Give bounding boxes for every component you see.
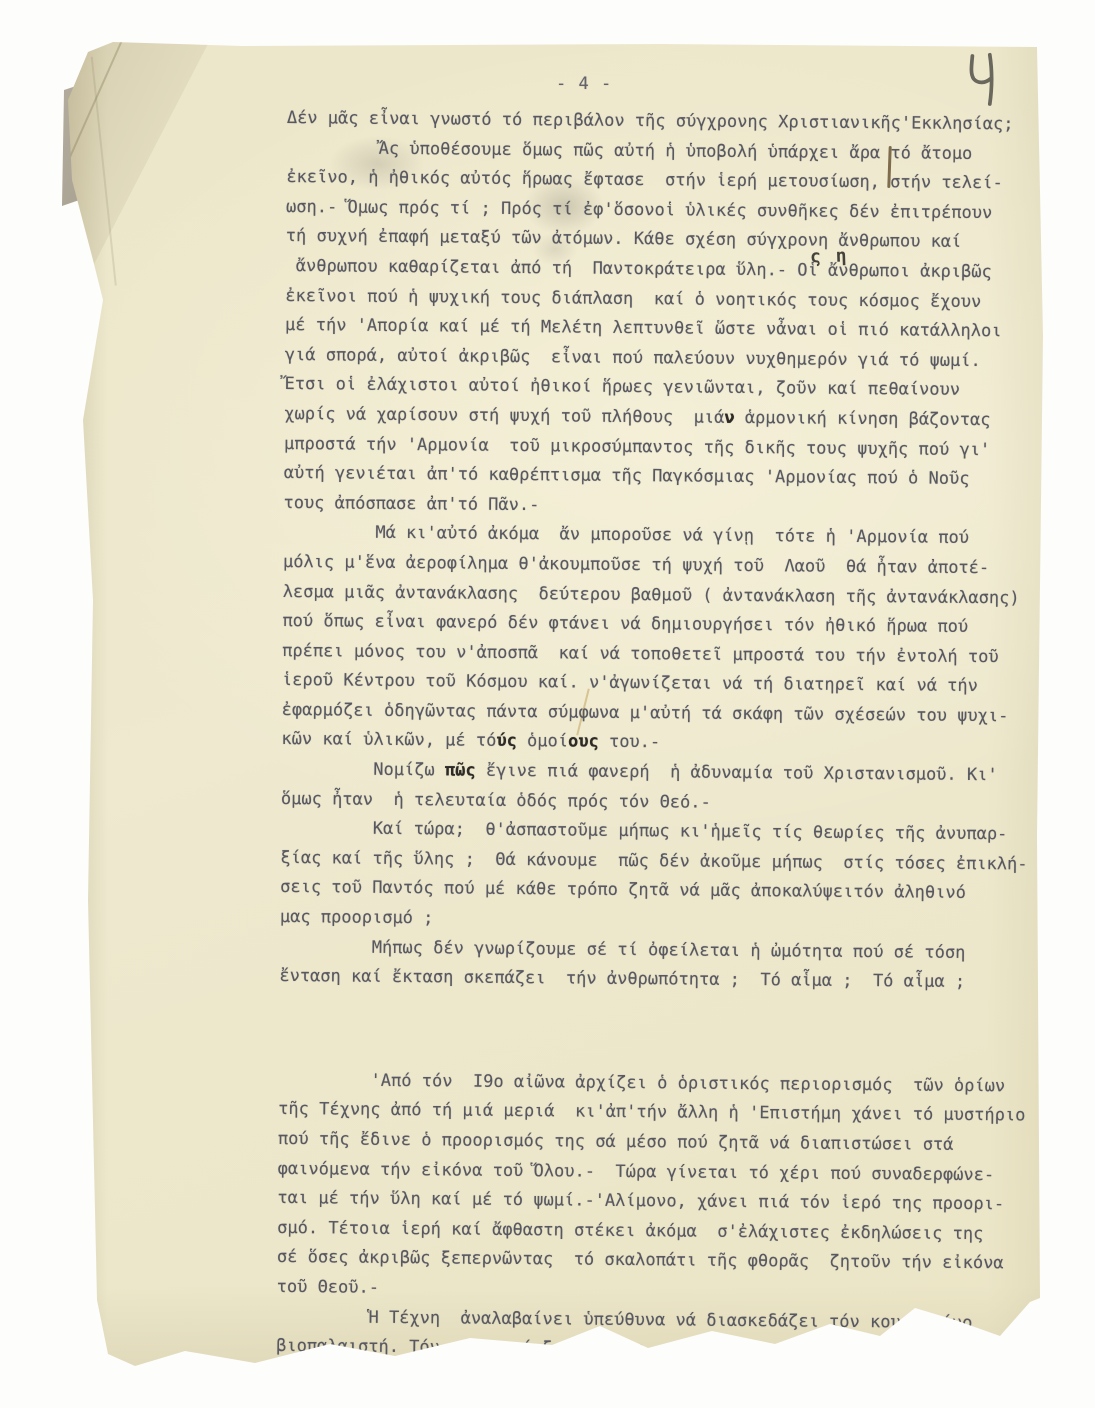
typed-text: του.- bbox=[599, 732, 661, 753]
typed-text: Μήπως δέν γνωρίζουμε σέ τί ὀφείλεται ἡ ὠ… bbox=[280, 937, 966, 963]
typed-text: τή συχνή ἐπαφή μεταξύ τῶν ἀτόμων. Κάθε σ… bbox=[286, 226, 962, 252]
typed-text: ὅμως ἦταν ἡ τελευταία ὁδός πρός τόν Θεό.… bbox=[281, 789, 711, 813]
typed-text: βιοπαλαιστή. Τόν κάνει νά ξεχνᾶ λίγο τήν… bbox=[276, 1336, 1023, 1363]
typed-text: μπροστά τήν 'Αρμονία τοῦ μικροσύμπαντος … bbox=[284, 434, 990, 460]
typed-text: Ἡ Τέχνη ἀναλαβαίνει ὑπεύθυνα νά διασκεδά… bbox=[276, 1307, 972, 1333]
typed-text: μέ τήν 'Απορία καί μέ τή Μελέτη λεπτυνθε… bbox=[285, 315, 1002, 341]
typed-text: λεσμα μιᾶς ἀντανάκλασης δεύτερου βαθμοῦ … bbox=[283, 581, 1020, 607]
typed-text: τοῦ Θεοῦ.- bbox=[277, 1277, 380, 1298]
typed-text: πού τῆς ἔδινε ὁ προορισμός της σά μέσο π… bbox=[278, 1129, 954, 1155]
typed-text: ται μέ τήν ὕλη καί μέ τό ψωμί.-'Αλίμονο,… bbox=[277, 1188, 1004, 1214]
typed-text: σεις τοῦ Παντός πού μέ κάθε τρόπο ζητᾶ ν… bbox=[280, 877, 966, 903]
typed-text: μόλις μ'ἕνα ἀεροφίλημα θ'ἀκουμποῦσε τή ψ… bbox=[283, 552, 989, 578]
typed-text: σμό. Τέτοια ἱερή καί ἄφθαστη στέκει ἀκόμ… bbox=[277, 1218, 983, 1244]
typed-text: χωρίς νά χαρίσουν στή ψυχή τοῦ πλήθους μ… bbox=[284, 404, 724, 428]
typed-text: Δέν μᾶς εἶναι γνωστό τό περιβάλον τῆς σύ… bbox=[287, 108, 1014, 134]
typed-text: σέ ὅσες ἀκριβῶς ξεπερνῶντας τό σκαλοπάτι… bbox=[277, 1247, 1004, 1273]
typed-text: Μά κι'αὐτό ἀκόμα ἄν μποροῦσε νά γίνῃ τότ… bbox=[283, 522, 969, 548]
typed-text: ἔνταση καί ἔκταση σκεπάζει τήν ἀνθρωπότη… bbox=[279, 966, 965, 992]
typed-text: φαινόμενα τήν εἰκόνα τοῦ Ὅλου.- Τώρα γίν… bbox=[278, 1159, 995, 1185]
handwritten-correction: πῶς bbox=[445, 760, 476, 780]
typed-text: τῆς Τέχνης ἀπό τή μιά μεριά κι'ἀπ'τήν ἄλ… bbox=[278, 1099, 1025, 1126]
document-page: - 4 - ς η Δέν μᾶς εἶναι γνωστό τό περιβά… bbox=[62, 36, 1047, 1376]
typed-text: ἱεροῦ Κέντρου τοῦ Κόσμου καί. ν'ἀγωνίζετ… bbox=[282, 670, 978, 696]
scan-background: - 4 - ς η Δέν μᾶς εἶναι γνωστό τό περιβά… bbox=[0, 0, 1095, 1408]
handwritten-correction: ν bbox=[724, 408, 734, 428]
typescript-text: Δέν μᾶς εἶναι γνωστό τό περιβάλον τῆς σύ… bbox=[276, 104, 1077, 1369]
typed-text: Ἄς ὑποθέσουμε ὅμως πῶς αὐτή ἡ ὑποβολή ὑπ… bbox=[287, 138, 973, 164]
typed-text: ξίας καί τῆς ὕλης ; Θά κάνουμε πῶς δέν ἀ… bbox=[280, 848, 1027, 875]
typed-text: ἄνθρωπου καθαρίζεται ἀπό τή Παντοκράτειρ… bbox=[285, 256, 991, 282]
typed-text: ἔγινε πιά φανερή ἡ ἀδυναμία τοῦ Χριστανι… bbox=[476, 761, 998, 786]
typed-text: πού ὅπως εἶναι φανερό δέν φτάνει νά δημι… bbox=[282, 611, 968, 637]
typed-text: Νομίζω bbox=[281, 759, 445, 780]
typed-text: Καί τώρα; θ'ἀσπαστοῦμε μήπως κι'ἡμεῖς τί… bbox=[281, 818, 1008, 844]
typed-text: ἁρμονική κίνηση βάζοντας bbox=[735, 408, 991, 430]
page-number-handwritten bbox=[962, 50, 1002, 110]
handwritten-correction: ύς bbox=[496, 731, 517, 751]
typed-text: 'Από τόν Ι9ο αἰῶνα ἀρχίζει ὁ ὁριστικός π… bbox=[278, 1070, 1005, 1096]
typed-text: ἐφαρμόζει ὁδηγῶντας πάντα σύμφωνα μ'αὐτή… bbox=[282, 700, 1009, 726]
typed-text: τους ἀπόσπασε ἀπ'τό Πᾶν.- bbox=[283, 493, 539, 515]
typed-text: ωση.- Ὅμως πρός τί ; Πρός τί ἐφ'ὅσονοἱ ὑ… bbox=[286, 197, 992, 223]
typed-text: ἐκεῖνο, ἡ ἠθικός αὐτός ἥρωας ἔφτασε στήν… bbox=[286, 167, 1003, 193]
typed-text: κῶν καί ὑλικῶν, μέ τό bbox=[281, 729, 496, 751]
typescript-line: βιοπαλαιστή. Τόν κάνει νά ξεχνᾶ λίγο τήν… bbox=[276, 1332, 1066, 1368]
typescript-line: ἔνταση καί ἔκταση σκεπάζει τήν ἀνθρωπότη… bbox=[279, 962, 1069, 998]
typed-text: μας προορισμό ; bbox=[280, 907, 434, 928]
typed-text: αὐτή γενιέται ἀπ'τό καθρέπτισμα τῆς Παγκ… bbox=[284, 463, 970, 489]
typed-text: ὁμοί bbox=[517, 731, 568, 751]
page-number-typed: - 4 - bbox=[556, 74, 612, 94]
handwritten-correction: ους bbox=[568, 732, 599, 752]
typed-text: γιά σπορά, αὐτοί ἀκριβῶς εἶναι πού παλεύ… bbox=[285, 345, 981, 371]
typed-text: Ἔτσι οἱ ἐλάχιστοι αὐτοί ἠθικοί ἥρωες γεν… bbox=[284, 374, 960, 400]
typed-text: ἐκεῖνοι πού ἡ ψυχική τους διάπλαση καί ὁ… bbox=[285, 286, 981, 312]
typed-text: πρέπει μόνος του ν'ἀποσπᾶ καί νά τοποθετ… bbox=[282, 641, 999, 667]
